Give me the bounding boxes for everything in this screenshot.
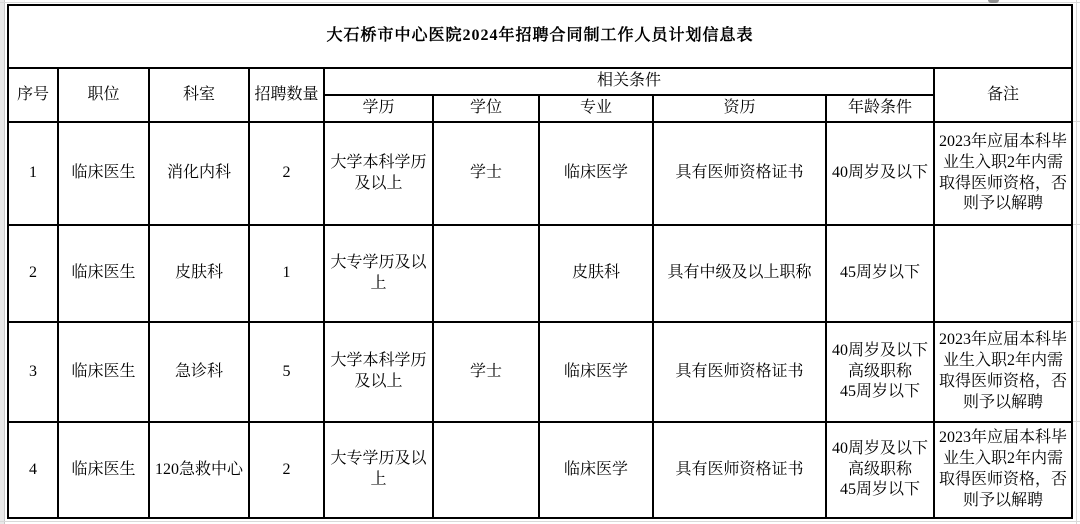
cell-department: 皮肤科 — [149, 225, 249, 322]
cell-no: 2 — [8, 225, 58, 322]
cell-department: 急诊科 — [149, 322, 249, 422]
sheet-gridline-top — [0, 2, 1080, 3]
header-position: 职位 — [58, 68, 149, 122]
cell-education: 大学本科学历 及以上 — [324, 122, 433, 225]
cell-position: 临床医生 — [58, 322, 149, 422]
clipped-column-letter — [988, 0, 999, 3]
cell-note: 2023年应届本科毕 业生入职2年内需 取得医师资格，否 则予以解聘 — [934, 422, 1072, 518]
cell-major: 皮肤科 — [539, 225, 653, 322]
header-count: 招聘数量 — [249, 68, 324, 122]
cell-no: 4 — [8, 422, 58, 518]
cell-count: 1 — [249, 225, 324, 322]
table-row: 2 临床医生 皮肤科 1 大专学历及以 上 皮肤科 具有中级及以上职称 45周岁… — [8, 225, 1072, 322]
cell-degree: 学士 — [433, 322, 539, 422]
sheet-gridline-bottom — [0, 521, 1080, 522]
cell-count: 5 — [249, 322, 324, 422]
header-major: 专业 — [539, 95, 653, 122]
table-title: 大石桥市中心医院2024年招聘合同制工作人员计划信息表 — [8, 5, 1072, 68]
title-row: 大石桥市中心医院2024年招聘合同制工作人员计划信息表 — [8, 5, 1072, 68]
header-note: 备注 — [934, 68, 1072, 122]
cell-count: 2 — [249, 422, 324, 518]
cell-degree — [433, 225, 539, 322]
cell-age: 40周岁及以下 高级职称 45周岁以下 — [826, 422, 934, 518]
table-row: 1 临床医生 消化内科 2 大学本科学历 及以上 学士 临床医学 具有医师资格证… — [8, 122, 1072, 225]
header-education: 学历 — [324, 95, 433, 122]
header-no: 序号 — [8, 68, 58, 122]
cell-education: 大专学历及以 上 — [324, 422, 433, 518]
header-age: 年龄条件 — [826, 95, 934, 122]
cell-note: 2023年应届本科毕 业生入职2年内需 取得医师资格，否 则予以解聘 — [934, 322, 1072, 422]
cell-count: 2 — [249, 122, 324, 225]
cell-major: 临床医学 — [539, 422, 653, 518]
cell-department: 消化内科 — [149, 122, 249, 225]
cell-major: 临床医学 — [539, 122, 653, 225]
table-row: 4 临床医生 120急救中心 2 大专学历及以 上 临床医学 具有医师资格证书 … — [8, 422, 1072, 518]
header-degree: 学位 — [433, 95, 539, 122]
sheet-left-margin — [0, 0, 5, 524]
cell-qualification: 具有中级及以上职称 — [653, 225, 826, 322]
table-row: 3 临床医生 急诊科 5 大学本科学历 及以上 学士 临床医学 具有医师资格证书… — [8, 322, 1072, 422]
header-row-1: 序号 职位 科室 招聘数量 相关条件 备注 — [8, 68, 1072, 95]
cell-qualification: 具有医师资格证书 — [653, 422, 826, 518]
cell-education: 大专学历及以 上 — [324, 225, 433, 322]
cell-qualification: 具有医师资格证书 — [653, 122, 826, 225]
cell-position: 临床医生 — [58, 422, 149, 518]
recruitment-plan-table: 大石桥市中心医院2024年招聘合同制工作人员计划信息表 序号 职位 科室 招聘数… — [7, 4, 1073, 519]
cell-no: 1 — [8, 122, 58, 225]
cell-department: 120急救中心 — [149, 422, 249, 518]
cell-position: 临床医生 — [58, 122, 149, 225]
cell-major: 临床医学 — [539, 322, 653, 422]
cell-qualification: 具有医师资格证书 — [653, 322, 826, 422]
cell-education: 大学本科学历 及以上 — [324, 322, 433, 422]
cell-note — [934, 225, 1072, 322]
cell-degree: 学士 — [433, 122, 539, 225]
cell-age: 40周岁及以下 — [826, 122, 934, 225]
header-qualification: 资历 — [653, 95, 826, 122]
header-related-conditions: 相关条件 — [324, 68, 934, 95]
cell-degree — [433, 422, 539, 518]
header-department: 科室 — [149, 68, 249, 122]
cell-note: 2023年应届本科毕 业生入职2年内需 取得医师资格，否 则予以解聘 — [934, 122, 1072, 225]
cell-no: 3 — [8, 322, 58, 422]
cell-age: 45周岁以下 — [826, 225, 934, 322]
sheet-gridline-right — [1076, 0, 1077, 524]
spreadsheet-viewport: 大石桥市中心医院2024年招聘合同制工作人员计划信息表 序号 职位 科室 招聘数… — [0, 0, 1080, 524]
cell-age: 40周岁及以下 高级职称 45周岁以下 — [826, 322, 934, 422]
cell-position: 临床医生 — [58, 225, 149, 322]
